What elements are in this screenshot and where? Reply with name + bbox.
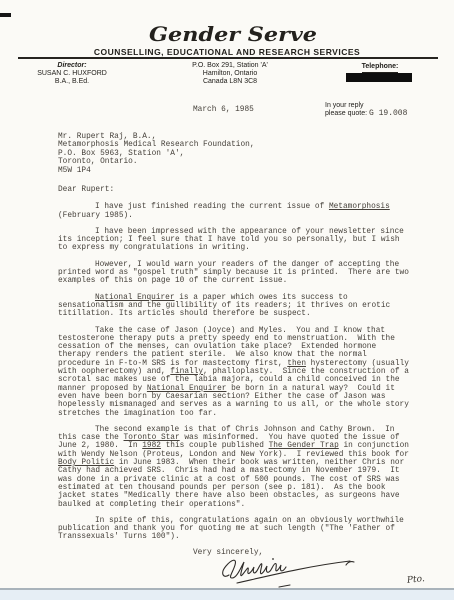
letterhead-tagline: COUNSELLING, EDUCATIONAL AND RESEARCH SE… bbox=[0, 47, 454, 57]
recipient-address-line: P.O. Box 5963, Station 'A', bbox=[58, 150, 255, 158]
reply-quote-code: G 19.008 bbox=[369, 109, 407, 118]
text-segment: In spite of this, congratulations again … bbox=[58, 517, 409, 542]
director-name: SUSAN C. HUXFORD bbox=[22, 70, 122, 78]
text-segment: However, I would warn your readers of th… bbox=[58, 261, 414, 286]
reply-note-line2: please quote: G 19.008 bbox=[325, 110, 407, 118]
signature-graphic bbox=[213, 553, 365, 593]
letter-paragraph: I have been impressed with the appearanc… bbox=[58, 228, 410, 253]
letter-paragraph: Take the case of Jason (Joyce) and Myles… bbox=[58, 327, 410, 418]
underlined-text: The Gender Trap bbox=[269, 442, 339, 450]
letterhead-address: P.O. Box 291, Station 'A'Hamilton, Ontar… bbox=[170, 62, 290, 86]
letterhead-rule bbox=[18, 57, 438, 59]
letter-paragraph: In spite of this, congratulations again … bbox=[58, 517, 410, 542]
text-segment: I have been impressed with the appearanc… bbox=[58, 228, 409, 253]
recipient-address: Mr. Rupert Raj, B.A.,Metamorphosis Medic… bbox=[58, 133, 255, 175]
underlined-text: Body Politic bbox=[58, 459, 114, 467]
letterhead-address-line: P.O. Box 291, Station 'A' bbox=[170, 62, 290, 70]
letter-date: March 6, 1985 bbox=[193, 106, 254, 114]
letterhead-address-line: Hamilton, Ontario bbox=[170, 70, 290, 78]
letter-paragraph: However, I would warn your readers of th… bbox=[58, 261, 410, 286]
recipient-address-line: M5W 1P4 bbox=[58, 167, 255, 175]
logo-wordmark-graphic: Gender Serve bbox=[145, 20, 321, 48]
text-segment: this couple published bbox=[161, 442, 269, 450]
letter-paragraph: I have just finished reading the current… bbox=[58, 203, 410, 220]
telephone-label: Telephone: bbox=[362, 63, 399, 73]
letterhead-address-line: Canada L8N 3C8 bbox=[170, 78, 290, 86]
reply-quote-block: In your reply please quote: G 19.008 bbox=[325, 102, 407, 118]
text-segment: in June 1983. When their book was writte… bbox=[58, 459, 409, 508]
letter-paragraph: National Enquirer is a paper which owes … bbox=[58, 294, 410, 319]
letter-paragraph: The second example is that of Chris John… bbox=[58, 426, 410, 509]
scan-edge-strip bbox=[0, 590, 454, 600]
scanned-letter-page: Gender Serve COUNSELLING, EDUCATIONAL AN… bbox=[0, 0, 454, 600]
recipient-address-line: Mr. Rupert Raj, B.A., bbox=[58, 133, 255, 141]
underlined-text: National Enquirer bbox=[95, 294, 175, 302]
underlined-text: National Enquirer bbox=[147, 385, 227, 393]
recipient-address-line: Metamorphosis Medical Research Foundatio… bbox=[58, 141, 255, 149]
director-block: Director: SUSAN C. HUXFORD B.A., B.Ed. bbox=[22, 62, 122, 86]
underlined-text: Metamorphosis bbox=[329, 203, 390, 211]
director-credentials: B.A., B.Ed. bbox=[22, 78, 122, 86]
logo-text: Gender Serve bbox=[149, 22, 317, 46]
underlined-text: 1982 bbox=[142, 442, 161, 450]
underlined-text: Toronto Star bbox=[124, 434, 180, 442]
letter-paragraphs: I have just finished reading the current… bbox=[58, 203, 410, 541]
underlined-text: then bbox=[287, 360, 306, 368]
reply-note-label: please quote: bbox=[325, 110, 367, 117]
handwritten-signature bbox=[213, 553, 365, 593]
text-segment: I have just finished reading the current… bbox=[95, 203, 329, 211]
recipient-address-line: Toronto, Ontario. bbox=[58, 158, 255, 166]
scan-artifact-mark bbox=[0, 13, 11, 17]
underlined-text: finally bbox=[170, 368, 203, 376]
gender-serve-logo: Gender Serve bbox=[145, 20, 321, 48]
letter-body: Dear Rupert: I have just finished readin… bbox=[58, 186, 410, 550]
director-label: Director: bbox=[22, 62, 122, 70]
salutation: Dear Rupert: bbox=[58, 186, 410, 194]
telephone-redaction-bar bbox=[346, 73, 412, 82]
telephone-block: Telephone: bbox=[340, 63, 420, 73]
pto-handwritten-mark: Pto. bbox=[407, 574, 426, 586]
